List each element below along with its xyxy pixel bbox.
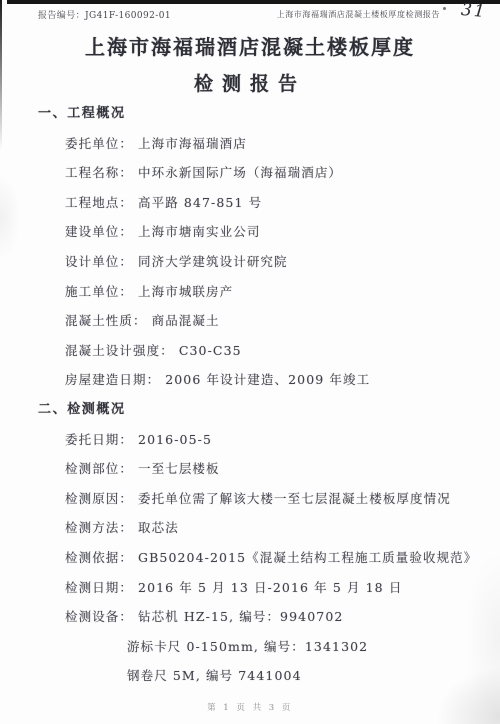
running-title: 上海市海福瑞酒店混凝土楼板厚度检测报告 [277, 9, 440, 20]
field-label: 检测部位： [65, 461, 133, 476]
field-value: 高平路 847-851 号 [138, 195, 262, 210]
field-value: 同济大学建筑设计研究院 [138, 254, 288, 269]
field-client-unit: 委托单位：上海市海福瑞酒店 [38, 129, 486, 159]
field-builder-unit: 施工单位：上海市城联房产 [38, 277, 486, 307]
field-value: 2016 年 5 月 13 日-2016 年 5 月 18 日 [138, 580, 402, 595]
document-title-line1: 上海市海福瑞酒店混凝土楼板厚度 [0, 31, 500, 60]
report-number-label: 报告编号： [38, 11, 85, 21]
field-inspection-basis: 检测依据：GB50204-2015《混凝土结构工程施工质量验收规范》 [38, 543, 486, 573]
field-concrete-strength: 混凝土设计强度：C30-C35 [38, 336, 486, 366]
field-value: C30-C35 [179, 343, 242, 358]
field-value: 商品混凝土 [152, 313, 220, 328]
report-number: 报告编号：JG41F-160092-01 [38, 8, 171, 21]
field-commission-date: 委托日期：2016-05-5 [38, 425, 486, 455]
scanned-report-page: 报告编号：JG41F-160092-01 上海市海福瑞酒店混凝土楼板厚度检测报告… [0, 0, 500, 724]
document-title: 上海市海福瑞酒店混凝土楼板厚度 检测报告 [0, 31, 500, 96]
field-value: 委托单位需了解该大楼一至七层混凝土楼板厚度情况 [138, 491, 451, 506]
field-construction-owner: 建设单位：上海市塘南实业公司 [38, 217, 486, 247]
field-build-date: 房屋建造日期：2006 年设计建造、2009 年竣工 [38, 365, 486, 395]
field-concrete-type: 混凝土性质：商品混凝土 [38, 306, 486, 336]
field-design-unit: 设计单位：同济大学建筑设计研究院 [38, 247, 486, 277]
field-label: 检测日期： [65, 580, 133, 595]
equipment-continued-caliper: 游标卡尺 0-150mm, 编号：1341302 [38, 632, 486, 662]
document-title-line2: 检测报告 [0, 69, 500, 96]
field-label: 施工单位： [65, 284, 133, 299]
field-label: 检测方法： [65, 520, 133, 535]
field-label: 检测设备： [65, 609, 133, 624]
field-value: 取芯法 [138, 520, 179, 535]
field-project-name: 工程名称：中环永新国际广场（海福瑞酒店） [38, 158, 486, 188]
field-label: 工程地点： [65, 195, 133, 210]
field-value: 2006 年设计建造、2009 年竣工 [165, 372, 370, 387]
field-label: 检测原因： [65, 491, 133, 506]
field-value: GB50204-2015《混凝土结构工程施工质量验收规范》 [138, 550, 477, 565]
field-label: 设计单位： [65, 254, 133, 269]
report-number-value: JG41F-160092-01 [85, 11, 171, 21]
section-heading-inspection-overview: 二、检测概况 [38, 395, 486, 425]
field-value: 上海市塘南实业公司 [138, 224, 260, 239]
field-value: 2016-05-5 [138, 432, 212, 447]
field-value: 一至七层楼板 [138, 461, 220, 476]
field-inspection-reason: 检测原因：委托单位需了解该大楼一至七层混凝土楼板厚度情况 [38, 484, 486, 514]
equipment-continued-tape: 钢卷尺 5M, 编号 7441004 [38, 661, 486, 691]
field-label: 委托日期： [65, 432, 133, 447]
field-value: 上海市海福瑞酒店 [138, 136, 247, 151]
document-header: 报告编号：JG41F-160092-01 上海市海福瑞酒店混凝土楼板厚度检测报告… [0, 6, 500, 26]
field-inspection-method: 检测方法：取芯法 [38, 513, 486, 543]
field-value: 中环永新国际广场（海福瑞酒店） [138, 165, 342, 180]
field-value: 钻芯机 HZ-15, 编号：9940702 [138, 609, 343, 624]
field-label: 建设单位： [65, 224, 133, 239]
document-body: 一、工程概况 委托单位：上海市海福瑞酒店 工程名称：中环永新国际广场（海福瑞酒店… [38, 99, 486, 691]
handwritten-page-number: 31 [461, 0, 488, 22]
field-label: 工程名称： [65, 165, 133, 180]
field-inspection-equipment: 检测设备：钻芯机 HZ-15, 编号：9940702 [38, 602, 486, 632]
field-project-location: 工程地点：高平路 847-851 号 [38, 188, 486, 218]
section-heading-project-overview: 一、工程概况 [38, 99, 486, 129]
field-label: 混凝土设计强度： [65, 343, 174, 358]
field-inspection-location: 检测部位：一至七层楼板 [38, 454, 486, 484]
field-value: 上海市城联房产 [138, 284, 233, 299]
field-label: 委托单位： [65, 136, 133, 151]
scan-edge-artifact-top [7, 0, 500, 4]
field-inspection-date: 检测日期：2016 年 5 月 13 日-2016 年 5 月 18 日 [38, 573, 486, 603]
field-label: 房屋建造日期： [65, 372, 160, 387]
field-label: 检测依据： [65, 550, 133, 565]
page-indicator: 第 1 页 共 3 页 [0, 701, 500, 713]
field-label: 混凝土性质： [65, 313, 147, 328]
